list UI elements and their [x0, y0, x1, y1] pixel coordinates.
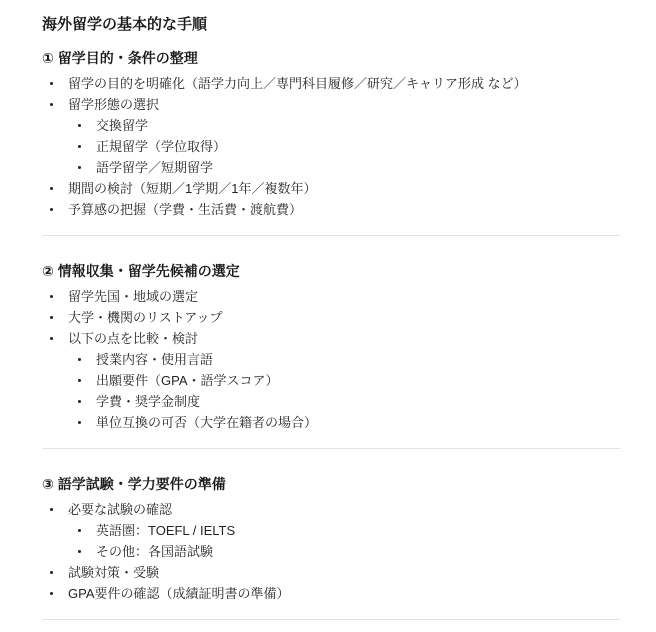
- list-item: 語学留学／短期留学: [42, 157, 620, 178]
- list-item: 学費・奨学金制度: [42, 391, 620, 412]
- list-item-text: GPA要件の確認（成績証明書の準備）: [68, 583, 290, 604]
- bullet-icon: [50, 187, 53, 190]
- list-item: 単位互換の可否（大学在籍者の場合）: [42, 412, 620, 433]
- list-item: 期間の検討（短期／1学期／1年／複数年）: [42, 178, 620, 199]
- section-divider: [42, 235, 620, 236]
- bullet-icon: [50, 82, 53, 85]
- list-item: 交換留学: [42, 115, 620, 136]
- list-item: 試験対策・受験: [42, 562, 620, 583]
- list-item-text: 以下の点を比較・検討: [68, 328, 198, 349]
- document: 海外留学の基本的な手順 ① 留学目的・条件の整理 留学の目的を明確化（語学力向上…: [0, 0, 656, 620]
- page-title: 海外留学の基本的な手順: [42, 14, 620, 36]
- section-heading: ① 留学目的・条件の整理: [42, 48, 620, 69]
- list-item: 正規留学（学位取得）: [42, 136, 620, 157]
- list-item-text: 必要な試験の確認: [68, 499, 172, 520]
- list-item: 以下の点を比較・検討: [42, 328, 620, 349]
- list-item-text: 留学先国・地域の選定: [68, 286, 198, 307]
- list-item: 留学の目的を明確化（語学力向上／専門科目履修／研究／キャリア形成 など）: [42, 73, 620, 94]
- list-item-text: 留学形態の選択: [68, 94, 159, 115]
- bullet-icon: [78, 358, 81, 361]
- list-item-text: 英語圏：TOEFL / IELTS: [96, 520, 235, 541]
- bullet-icon: [50, 103, 53, 106]
- list-item: GPA要件の確認（成績証明書の準備）: [42, 583, 620, 604]
- section-2: ② 情報収集・留学先候補の選定 留学先国・地域の選定 大学・機関のリストアップ …: [42, 261, 620, 433]
- list-item-text: 語学留学／短期留学: [96, 157, 213, 178]
- list-item-text: 期間の検討（短期／1学期／1年／複数年）: [68, 178, 316, 199]
- bullet-icon: [78, 145, 81, 148]
- list-item: 授業内容・使用言語: [42, 349, 620, 370]
- list-item-text: 正規留学（学位取得）: [96, 136, 226, 157]
- bullet-icon: [78, 550, 81, 553]
- bullet-icon: [78, 124, 81, 127]
- list-item-text: 留学の目的を明確化（語学力向上／専門科目履修／研究／キャリア形成 など）: [68, 73, 527, 94]
- list-item: 留学先国・地域の選定: [42, 286, 620, 307]
- bullet-icon: [78, 400, 81, 403]
- list-item-text: 予算感の把握（学費・生活費・渡航費）: [68, 199, 302, 220]
- bullet-icon: [50, 295, 53, 298]
- section-1: ① 留学目的・条件の整理 留学の目的を明確化（語学力向上／専門科目履修／研究／キ…: [42, 48, 620, 220]
- list-item: その他：各国語試験: [42, 541, 620, 562]
- section-divider: [42, 619, 620, 620]
- bullet-icon: [50, 316, 53, 319]
- bullet-icon: [78, 166, 81, 169]
- list-item: 留学形態の選択: [42, 94, 620, 115]
- list-item-text: 学費・奨学金制度: [96, 391, 200, 412]
- list-item-text: 単位互換の可否（大学在籍者の場合）: [96, 412, 317, 433]
- list-item-text: 出願要件（GPA・語学スコア）: [96, 370, 279, 391]
- bullet-icon: [78, 529, 81, 532]
- bullet-icon: [50, 208, 53, 211]
- list-item-text: 試験対策・受験: [68, 562, 159, 583]
- list-item: 大学・機関のリストアップ: [42, 307, 620, 328]
- section-divider: [42, 448, 620, 449]
- list-item-text: 授業内容・使用言語: [96, 349, 213, 370]
- list-item: 必要な試験の確認: [42, 499, 620, 520]
- section-heading: ② 情報収集・留学先候補の選定: [42, 261, 620, 282]
- section-3: ③ 語学試験・学力要件の準備 必要な試験の確認 英語圏：TOEFL / IELT…: [42, 474, 620, 604]
- bullet-icon: [50, 592, 53, 595]
- list-item-text: その他：各国語試験: [96, 541, 213, 562]
- list-item-text: 交換留学: [96, 115, 148, 136]
- bullet-icon: [78, 421, 81, 424]
- list-item-text: 大学・機関のリストアップ: [68, 307, 222, 328]
- bullet-icon: [50, 508, 53, 511]
- list-item: 英語圏：TOEFL / IELTS: [42, 520, 620, 541]
- bullet-icon: [50, 571, 53, 574]
- section-heading: ③ 語学試験・学力要件の準備: [42, 474, 620, 495]
- bullet-icon: [78, 379, 81, 382]
- list-item: 出願要件（GPA・語学スコア）: [42, 370, 620, 391]
- list-item: 予算感の把握（学費・生活費・渡航費）: [42, 199, 620, 220]
- bullet-icon: [50, 337, 53, 340]
